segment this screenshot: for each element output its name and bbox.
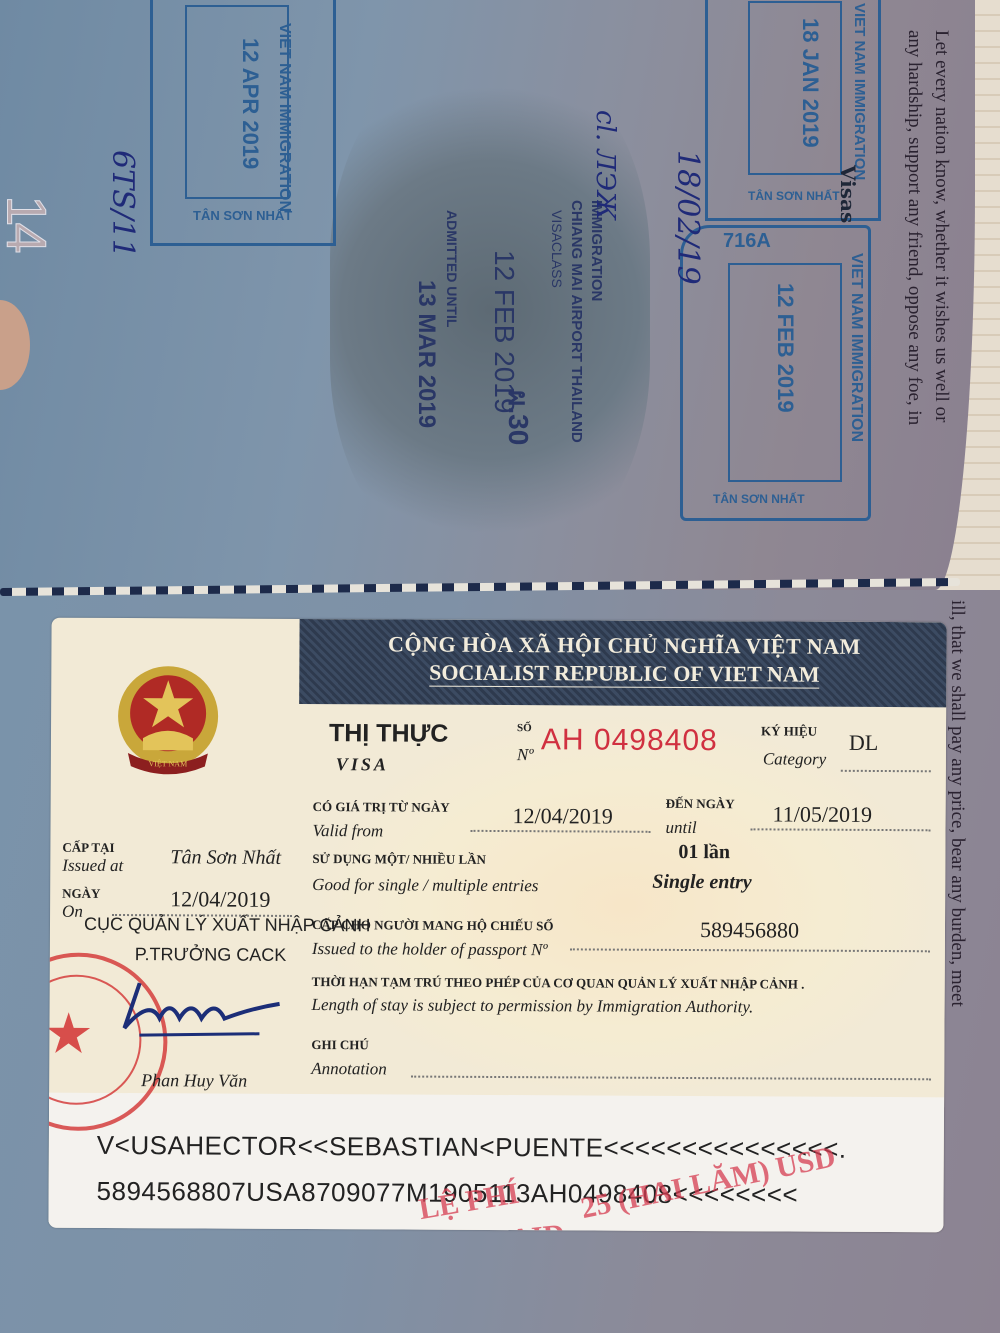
thailand-immigration-stamp: IMMIGRATION CHIANG MAI AIRPORT THAILAND … [380,0,640,550]
stamp-authority: VIET NAM IMMIGRATION [275,23,293,212]
handwritten-note: 6TS/11 [105,150,140,258]
valid-from-date: 12/04/2019 [513,803,613,830]
handwritten-date: 18/02/19 [670,150,705,285]
stamp-date: 18 JAN 2019 [797,18,823,148]
page-number: 14 [0,195,60,249]
header-english: SOCIALIST REPUBLIC OF VIET NAM [429,660,820,689]
visa-category: DL [849,730,878,756]
authority-title: P.TRƯỞNG CACK [135,944,287,966]
stamp-code: 716A [723,230,771,253]
visa-header-banner: CỘNG HÒA XÃ HỘI CHỦ NGHĨA VIỆT NAM SOCIA… [299,619,946,707]
stamp-admitted-until: 13 MAR 2019 [412,280,440,428]
svg-text:VIỆT NAM: VIỆT NAM [148,758,187,768]
visa-title: THỊ THỰC [329,719,448,749]
stamp-date: 12 FEB 2019 [488,250,520,413]
entry-stamp-apr: VIET NAM IMMIGRATION 12 APR 2019 TÂN SƠN… [150,0,336,246]
issued-on-date: 12/04/2019 [170,886,270,913]
national-emblem-icon: VIỆT NAM [113,658,224,789]
handwritten-signature: cl. ЛЭЖ [590,110,620,220]
stamp-date: 12 FEB 2019 [772,283,798,413]
motto-line-1: Let every nation know, whether it wishes… [930,30,952,422]
motto-line-3: ill, that we shall pay any price, bear a… [946,600,968,1007]
issued-at-place: Tân Sơn Nhất [170,846,281,870]
passport-number: 589456880 [700,917,799,944]
visa-number: AH 0498408 [541,723,718,758]
valid-until-date: 11/05/2019 [773,801,873,828]
official-signature [119,973,289,1044]
entries-vi: 01 lần [678,841,730,864]
signatory-name: Phan Huy Văn [141,1070,247,1092]
visa-subtitle: VISA [336,754,389,775]
entries-type: Single entry [652,871,752,895]
header-vietnamese: CỘNG HÒA XÃ HỘI CHỦ NGHĨA VIỆT NAM [299,631,946,660]
motto-line-2: any hardship, support any friend, oppose… [903,30,925,425]
page-heading: Visas [836,165,860,223]
stamp-location: TÂN SƠN NHẤT [193,208,292,223]
vietnam-visa-sticker: CỘNG HÒA XÃ HỘI CHỦ NGHĨA VIỆT NAM SOCIA… [48,618,946,1233]
entry-stamp-feb: 716A VIET NAM IMMIGRATION 12 FEB 2019 TÂ… [680,225,871,521]
stamp-date: 12 APR 2019 [237,38,263,169]
